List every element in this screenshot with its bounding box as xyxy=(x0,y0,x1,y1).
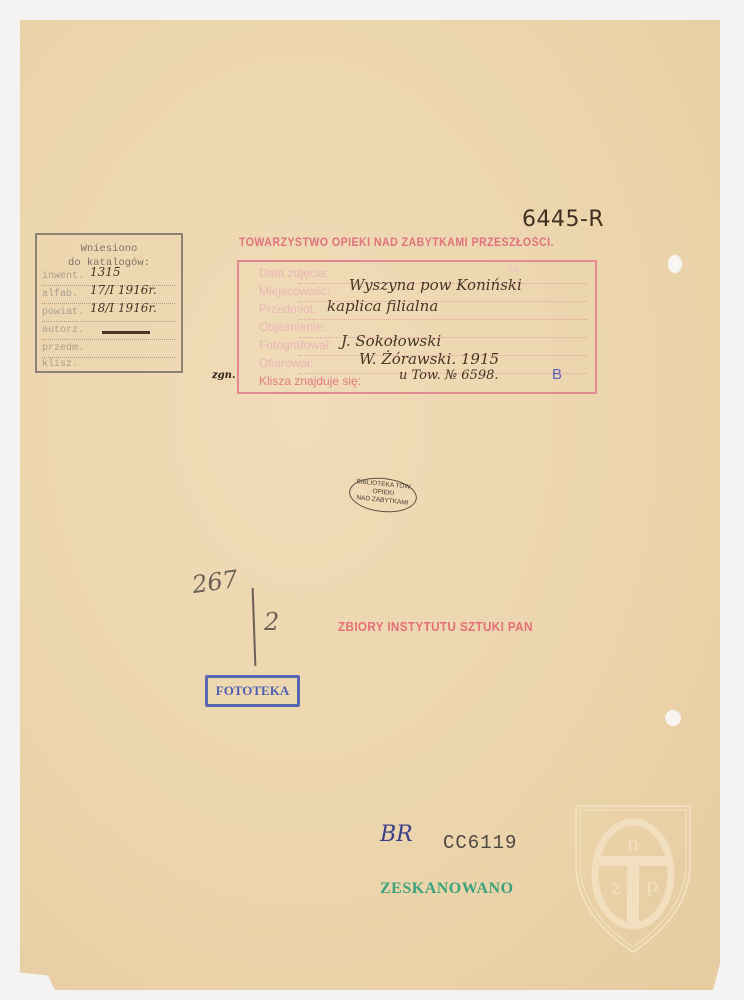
catalog-row-autorz: autorz. xyxy=(42,325,175,340)
shield-watermark-icon: n z p xyxy=(574,804,692,954)
field-value-place: Wyszyna pow Koniński xyxy=(349,276,522,294)
row-label: klisz. xyxy=(42,359,78,370)
fototeka-stamp: FOTOTEKA xyxy=(205,675,300,707)
row-label: powiat. xyxy=(42,307,84,318)
catalog-code: 6445-R xyxy=(522,207,604,232)
row-value: 1315 xyxy=(90,265,121,279)
society-stamp-title: TOWARZYSTWO OPIEKI NAD ZABYTKAMI PRZESZŁ… xyxy=(239,237,554,249)
svg-text:n: n xyxy=(627,831,640,855)
plate-location-label: Klisza znajduje się: xyxy=(259,374,361,388)
pencil-subnumber: 2 xyxy=(264,608,279,636)
field-value-donor: W. Żórawski. 1915 xyxy=(359,350,499,368)
catalog-row-klisz: klisz. xyxy=(42,359,175,373)
catalog-row-przedm: przedm. xyxy=(42,343,175,358)
initials: BR xyxy=(380,822,413,847)
svg-text:p: p xyxy=(646,873,659,897)
field-label-note: Objaśnienie: xyxy=(259,320,326,334)
field-label-place: Miejscowość: xyxy=(259,284,330,298)
plate-mark: B xyxy=(552,366,562,383)
punch-hole-bottom xyxy=(665,710,681,726)
catalog-row-powiat: powiat.18/I 1916r. xyxy=(42,307,175,322)
field-value-subject: kaplica filialna xyxy=(327,297,438,315)
registry-number: CC6119 xyxy=(443,832,517,854)
scanned-stamp: ZESKANOWANO xyxy=(380,880,514,898)
collection-stamp: ZBIORY INSTYTUTU SZTUKI PAN xyxy=(338,619,533,634)
row-value: 18/I 1916r. xyxy=(90,301,157,315)
photo-number-label: № xyxy=(509,264,520,275)
plate-prefix: zgn. xyxy=(212,370,235,381)
field-line xyxy=(299,318,587,320)
row-label: autorz. xyxy=(42,325,84,336)
row-label: inwent. xyxy=(42,271,84,282)
field-label-subject: Przedmiot: xyxy=(259,302,316,316)
field-label-date: Data zdjęcia: xyxy=(259,266,328,280)
field-value-photographer: J. Sokołowski xyxy=(341,332,441,350)
ink-dash xyxy=(102,331,150,334)
catalog-header-line1: Wniesiono xyxy=(37,242,181,256)
society-stamp-form: № Data zdjęcia: Miejscowość: Wyszyna pow… xyxy=(237,260,597,394)
field-label-donor: Ofiarował: xyxy=(259,356,313,370)
plate-location-value: u Tow. № 6598. xyxy=(399,368,499,383)
punch-hole-top xyxy=(668,255,682,273)
row-label: przedm. xyxy=(42,343,84,354)
row-label: alfab. xyxy=(42,289,78,300)
row-value: 17/I 1916r. xyxy=(90,283,157,297)
field-label-photographer: Fotografował: xyxy=(259,338,332,352)
svg-text:z: z xyxy=(611,875,622,899)
catalog-entry-box: Wniesiono do katalogów: inwent.1315 alfa… xyxy=(35,233,183,373)
